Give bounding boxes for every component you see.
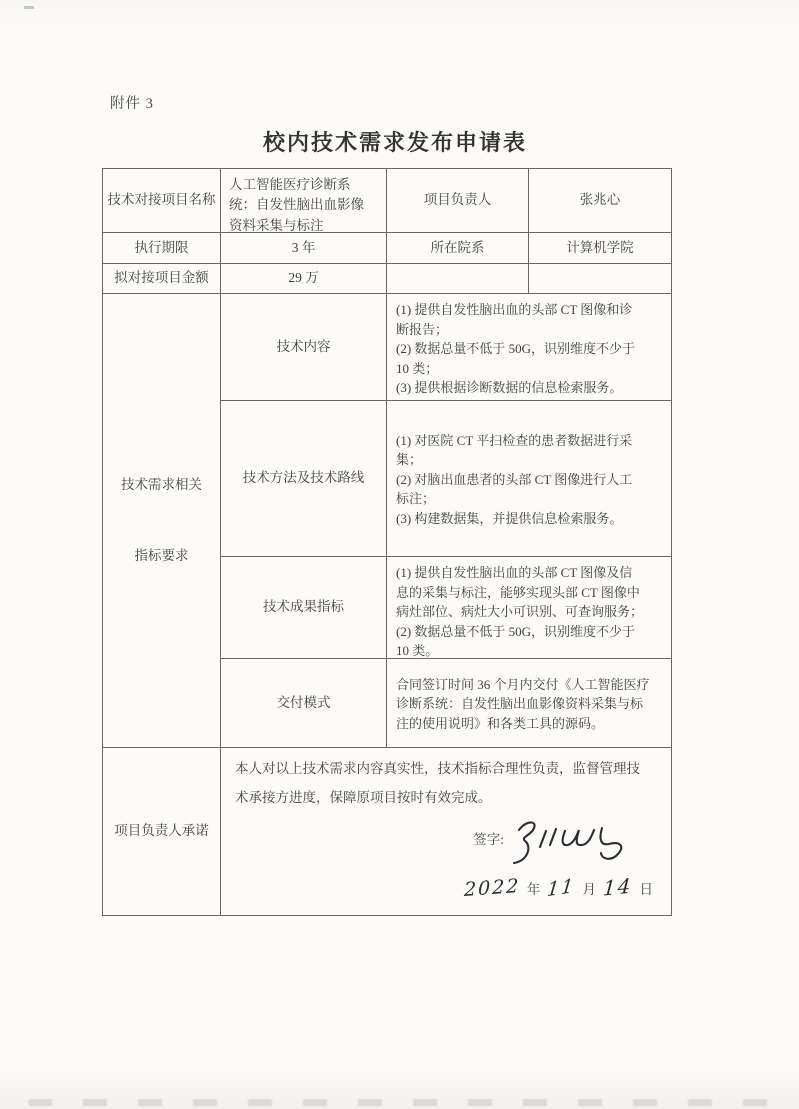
handwritten-date: 2022 年 11 月 14 日 xyxy=(464,872,654,903)
amount-value: 29 万 xyxy=(221,264,387,294)
tech-section-label: 技术需求相关 指标要求 xyxy=(103,294,221,748)
department-value: 计算机学院 xyxy=(529,233,672,264)
project-name-label: 技术对接项目名称 xyxy=(103,169,221,233)
attachment-label: 附件 3 xyxy=(110,92,154,113)
leader-value: 张兆心 xyxy=(529,169,672,233)
scan-edge-artifact xyxy=(28,1099,779,1106)
page-title: 校内技术需求发布申请表 xyxy=(0,126,790,157)
date-year-handwriting: 2022 xyxy=(463,872,520,905)
date-day-unit: 日 xyxy=(640,880,654,900)
tech-content-label: 技术内容 xyxy=(221,294,387,401)
date-day-handwriting: 14 xyxy=(602,870,633,903)
delivery-mode-label: 交付模式 xyxy=(221,659,387,748)
amount-empty-cell-2 xyxy=(529,264,672,294)
department-label: 所在院系 xyxy=(387,233,529,264)
tech-result-label: 技术成果指标 xyxy=(221,557,387,659)
date-month-handwriting: 11 xyxy=(546,872,577,905)
delivery-mode-value: 合同签订时间 36 个月内交付《人工智能医疗 诊断系统：自发性脑出血影像资料采集… xyxy=(387,659,672,748)
pledge-text: 本人对以上技术需求内容真实性，技术指标合理性负责，监督管理技 术承接方进度，保障… xyxy=(235,754,663,812)
pledge-label: 项目负责人承诺 xyxy=(103,748,221,916)
duration-value: 3 年 xyxy=(221,233,387,264)
amount-empty-cell-1 xyxy=(387,264,529,294)
amount-label: 拟对接项目金额 xyxy=(103,264,221,294)
tech-content-value: (1) 提供自发性脑出血的头部 CT 图像和诊 断报告； (2) 数据总量不低于… xyxy=(387,294,672,401)
tech-result-value: (1) 提供自发性脑出血的头部 CT 图像及信 息的采集与标注，能够实现头部 C… xyxy=(387,557,672,659)
application-table: 技术对接项目名称 人工智能医疗诊断系 统：自发性脑出血影像 资料采集与标注 项目… xyxy=(102,168,672,916)
pledge-cell: 本人对以上技术需求内容真实性，技术指标合理性负责，监督管理技 术承接方进度，保障… xyxy=(221,748,672,916)
tech-method-label: 技术方法及技术路线 xyxy=(221,401,387,557)
scan-speck xyxy=(24,6,34,9)
tech-section-label-line2: 指标要求 xyxy=(135,546,189,566)
date-year-unit: 年 xyxy=(527,880,541,900)
leader-label: 项目负责人 xyxy=(387,169,529,233)
date-month-unit: 月 xyxy=(583,880,597,900)
duration-label: 执行期限 xyxy=(103,233,221,264)
signature-line: 签字: xyxy=(473,814,641,870)
scanned-page: 附件 3 校内技术需求发布申请表 技术对接项目名称 人工智能医疗诊断系 统：自发… xyxy=(0,0,799,1109)
signature-label: 签字: xyxy=(473,830,504,850)
tech-method-value: (1) 对医院 CT 平扫检查的患者数据进行采 集； (2) 对脑出血患者的头部… xyxy=(387,401,672,557)
project-name-value: 人工智能医疗诊断系 统：自发性脑出血影像 资料采集与标注 xyxy=(221,169,387,233)
tech-section-label-line1: 技术需求相关 xyxy=(121,475,202,495)
signature-scribble-icon xyxy=(505,814,641,870)
